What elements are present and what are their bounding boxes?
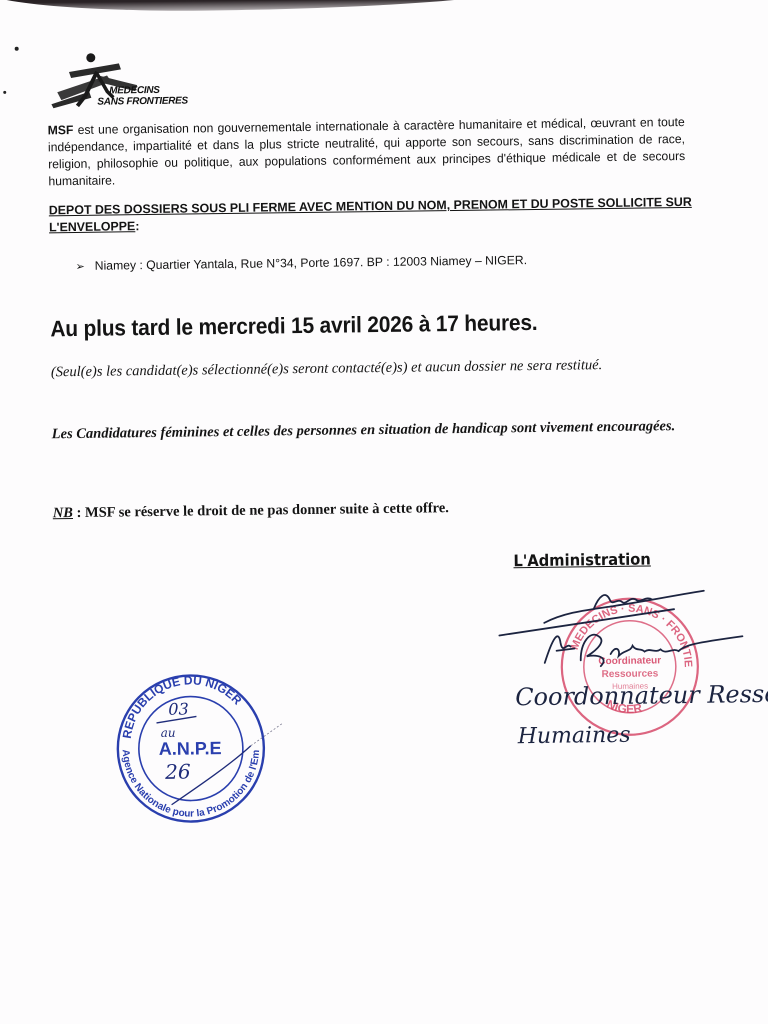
intro-text: est une organisation non gouvernementale… [48, 115, 685, 188]
submission-heading-text: DEPOT DES DOSSIERS SOUS PLI FERME AVEC M… [49, 195, 692, 234]
intro-lead: MSF [48, 123, 74, 137]
nb-label: NB [53, 505, 73, 521]
handwritten-signature: Coordonnateur Ressources Humaines [494, 580, 768, 759]
deadline: Au plus tard le mercredi 15 avril 2026 à… [50, 310, 537, 342]
address-text: Niamey : Quartier Yantala, Rue N°34, Por… [95, 253, 527, 273]
svg-text:Coordonnateur Ressources: Coordonnateur Ressources [515, 679, 768, 711]
selection-notice: (Seul(e)s les candidat(e)s sélectionné(e… [51, 357, 603, 381]
submission-heading: DEPOT DES DOSSIERS SOUS PLI FERME AVEC M… [49, 194, 699, 237]
administration-title: L'Administration [513, 549, 651, 570]
msf-logo: MEDECINS SANS FRONTIERES [49, 50, 220, 112]
nb-note: NB : MSF se réserve le droit de ne pas d… [53, 500, 449, 522]
arrow-bullet-icon: ➢ [75, 260, 84, 273]
submission-heading-colon: : [135, 218, 139, 235]
svg-text:03: 03 [168, 700, 189, 719]
encouragement-note: Les Candidatures féminines et celles des… [52, 416, 712, 446]
address-line: ➢Niamey : Quartier Yantala, Rue N°34, Po… [75, 253, 527, 273]
speck [3, 91, 6, 94]
svg-text:26: 26 [164, 760, 191, 784]
intro-paragraph: MSF est une organisation non gouvernemen… [48, 114, 686, 190]
logo-line-2: SANS FRONTIERES [97, 95, 188, 107]
speck [15, 47, 19, 51]
logo-line-1: MEDECINS [109, 85, 160, 97]
svg-text:Humaines: Humaines [517, 723, 631, 749]
document-page: MEDECINS SANS FRONTIERES MSF est une org… [0, 0, 768, 1024]
svg-text:A.N.P.E: A.N.P.E [159, 738, 222, 759]
nb-text: : MSF se réserve le droit de ne pas donn… [73, 500, 449, 521]
anpe-stamp: REPUBLIQUE DU NIGER Agence Nationale pou… [100, 663, 287, 830]
